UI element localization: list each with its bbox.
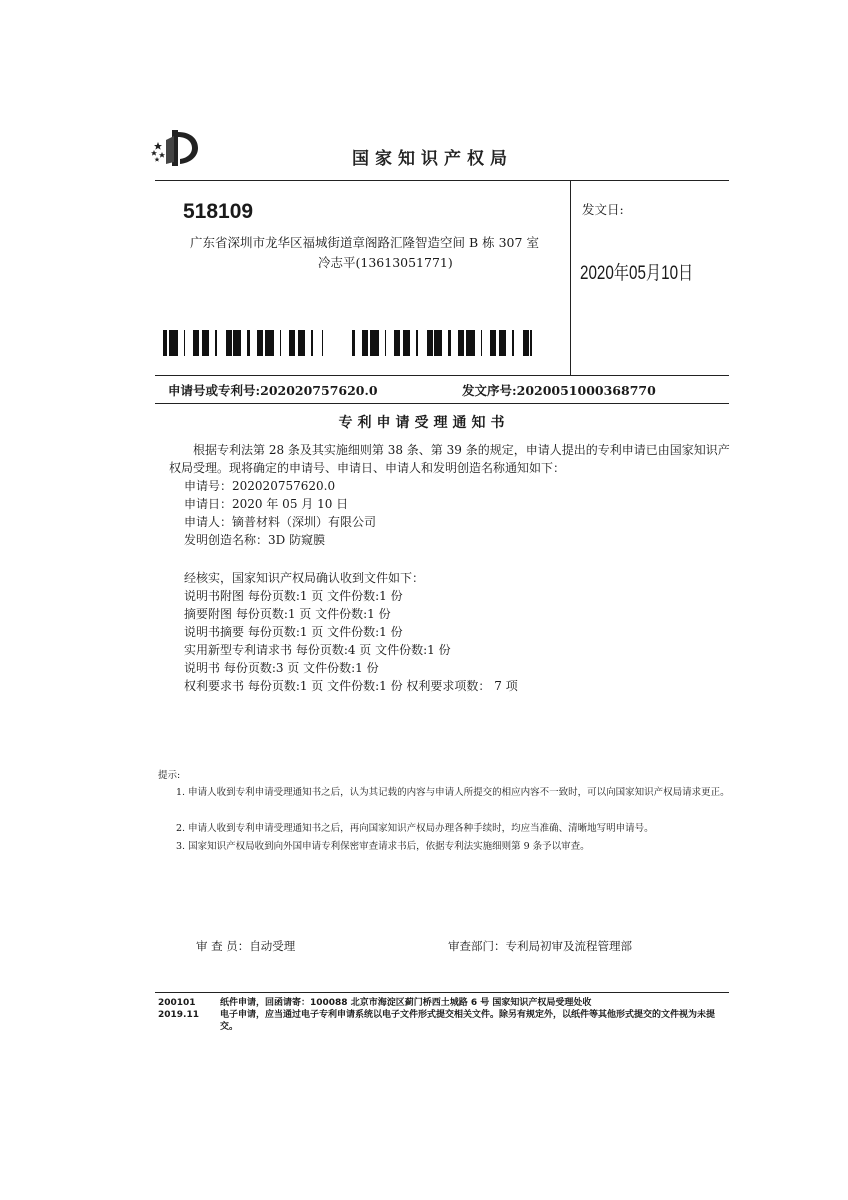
note-item: 1. 申请人收到专利申请受理通知书之后，认为其记载的内容与申请人所提交的相应内容… <box>172 784 732 801</box>
recipient-contact: 冷志平(13613051771) <box>318 253 453 271</box>
detail-applicant: 申请人：镝普材料（深圳）有限公司 <box>184 513 376 531</box>
file-item: 摘要附图 每份页数:1 页 文件份数:1 份 <box>184 605 391 623</box>
header-rule <box>155 180 729 181</box>
note-item: 3. 国家知识产权局收到向外国申请专利保密审查请求书后，依据专利法实施细则第 9… <box>176 838 766 855</box>
barcode-left <box>163 330 323 356</box>
issue-date-label: 发文日: <box>582 200 624 218</box>
barcode-right <box>352 330 532 356</box>
detail-filing-date: 申请日：2020 年 05 月 10 日 <box>184 495 348 513</box>
cnipa-emblem-icon <box>148 126 208 168</box>
file-item: 说明书摘要 每份页数:1 页 文件份数:1 份 <box>184 623 403 641</box>
notes-heading: 提示: <box>158 767 748 784</box>
recipient-address: 广东省深圳市龙华区福城街道章阁路汇隆智造空间 B 栋 307 室 <box>190 233 539 251</box>
examining-department: 审查部门：专利局初审及流程管理部 <box>448 938 632 954</box>
detail-invention-title: 发明创造名称：3D 防窥膜 <box>184 531 325 549</box>
sequence-number: 2020051000368770 <box>517 383 656 398</box>
verified-intro: 经核实，国家知识产权局确认收到文件如下： <box>184 569 424 587</box>
agency-name: 国家知识产权局 <box>352 144 513 169</box>
postcode: 518109 <box>183 200 253 224</box>
ids-top-rule <box>155 375 729 376</box>
sequence-number-line: 发文序号:2020051000368770 <box>462 381 656 399</box>
detail-application-number: 申请号：202020757620.0 <box>184 477 335 495</box>
file-item: 说明书附图 每份页数:1 页 文件份数:1 份 <box>184 587 403 605</box>
form-code: 200101 <box>158 998 196 1010</box>
intro-paragraph: 根据专利法第 28 条及其实施细则第 38 条、第 39 条的规定，申请人提出的… <box>169 441 739 477</box>
application-number-line: 申请号或专利号:202020757620.0 <box>168 381 378 399</box>
sequence-number-label: 发文序号: <box>462 383 517 398</box>
footer-electronic-instructions: 电子申请，应当通过电子专利申请系统以电子文件形式提交相关文件。除另有规定外，以纸… <box>220 1010 730 1033</box>
file-item: 实用新型专利请求书 每份页数:4 页 文件份数:1 份 <box>184 641 451 659</box>
examiner: 审 查 员：自动受理 <box>196 938 295 954</box>
ids-bottom-rule <box>155 403 729 404</box>
document-title: 专利申请受理通知书 <box>0 412 848 432</box>
file-item: 权利要求书 每份页数:1 页 文件份数:1 份 权利要求项数： 7 项 <box>184 677 518 695</box>
file-item: 说明书 每份页数:3 页 文件份数:1 份 <box>184 659 379 677</box>
issue-date: 2020年05月10日 <box>580 258 693 285</box>
application-number: 202020757620.0 <box>260 383 377 398</box>
note-item: 2. 申请人收到专利申请受理通知书之后，再向国家知识产权局办理各种手续时，均应当… <box>176 820 766 837</box>
column-divider <box>570 180 571 376</box>
footer-paper-instructions: 纸件申请，回函请寄：100088 北京市海淀区蓟门桥西土城路 6 号 国家知识产… <box>220 998 730 1010</box>
application-number-label: 申请号或专利号: <box>168 383 260 398</box>
footer-rule <box>155 992 729 993</box>
form-version: 2019.11 <box>158 1010 199 1022</box>
